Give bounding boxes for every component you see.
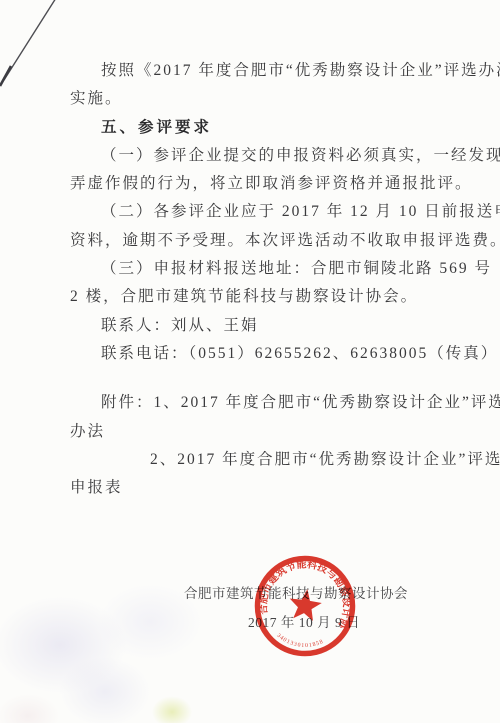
scan-artifact-line bbox=[0, 0, 62, 94]
official-seal: 合肥市建筑节能科技与勘察设计协会 3401330101858 bbox=[232, 533, 379, 680]
doc-line: （一）参评企业提交的申报资料必须真实，一经发现有 bbox=[70, 142, 478, 170]
contact-phone-line: 联系电话：（0551）62655262、62638005（传真） bbox=[70, 340, 478, 368]
seal-ring-text-holder: 合肥市建筑节能科技与勘察设计协会 bbox=[233, 533, 364, 633]
attachment-line-1: 附件：1、2017 年度合肥市“优秀勘察设计企业”评选 bbox=[70, 389, 478, 417]
seal-ring-text: 合肥市建筑节能科技与勘察设计协会 bbox=[233, 533, 364, 633]
attachment-line-2: 2、2017 年度合肥市“优秀勘察设计企业”评选 bbox=[70, 446, 478, 474]
doc-line: （三）申报材料报送地址：合肥市铜陵北路 569 号 bbox=[70, 255, 478, 283]
attachment-line-2b: 申报表 bbox=[70, 474, 478, 502]
seal-star-icon bbox=[287, 587, 323, 622]
attachment-line-1b: 办法 bbox=[70, 418, 478, 446]
doc-line: （二）各参评企业应于 2017 年 12 月 10 日前报送申报 bbox=[70, 198, 478, 226]
contact-person-line: 联系人：刘从、王娟 bbox=[70, 312, 478, 340]
doc-line: 实施。 bbox=[70, 85, 478, 113]
doc-line: 弄虚作假的行为，将立即取消参评资格并通报批评。 bbox=[70, 170, 478, 198]
document-body: 按照《2017 年度合肥市“优秀勘察设计企业”评选办法》 实施。 五、参评要求 … bbox=[70, 57, 478, 502]
scanned-document-page: 按照《2017 年度合肥市“优秀勘察设计企业”评选办法》 实施。 五、参评要求 … bbox=[0, 0, 500, 723]
doc-line: 按照《2017 年度合肥市“优秀勘察设计企业”评选办法》 bbox=[70, 57, 478, 85]
section-heading: 五、参评要求 bbox=[70, 114, 478, 142]
doc-line: 资料，逾期不予受理。本次评选活动不收取申报评选费。 bbox=[70, 227, 478, 255]
doc-line: 2 楼，合肥市建筑节能科技与勘察设计协会。 bbox=[70, 283, 478, 311]
